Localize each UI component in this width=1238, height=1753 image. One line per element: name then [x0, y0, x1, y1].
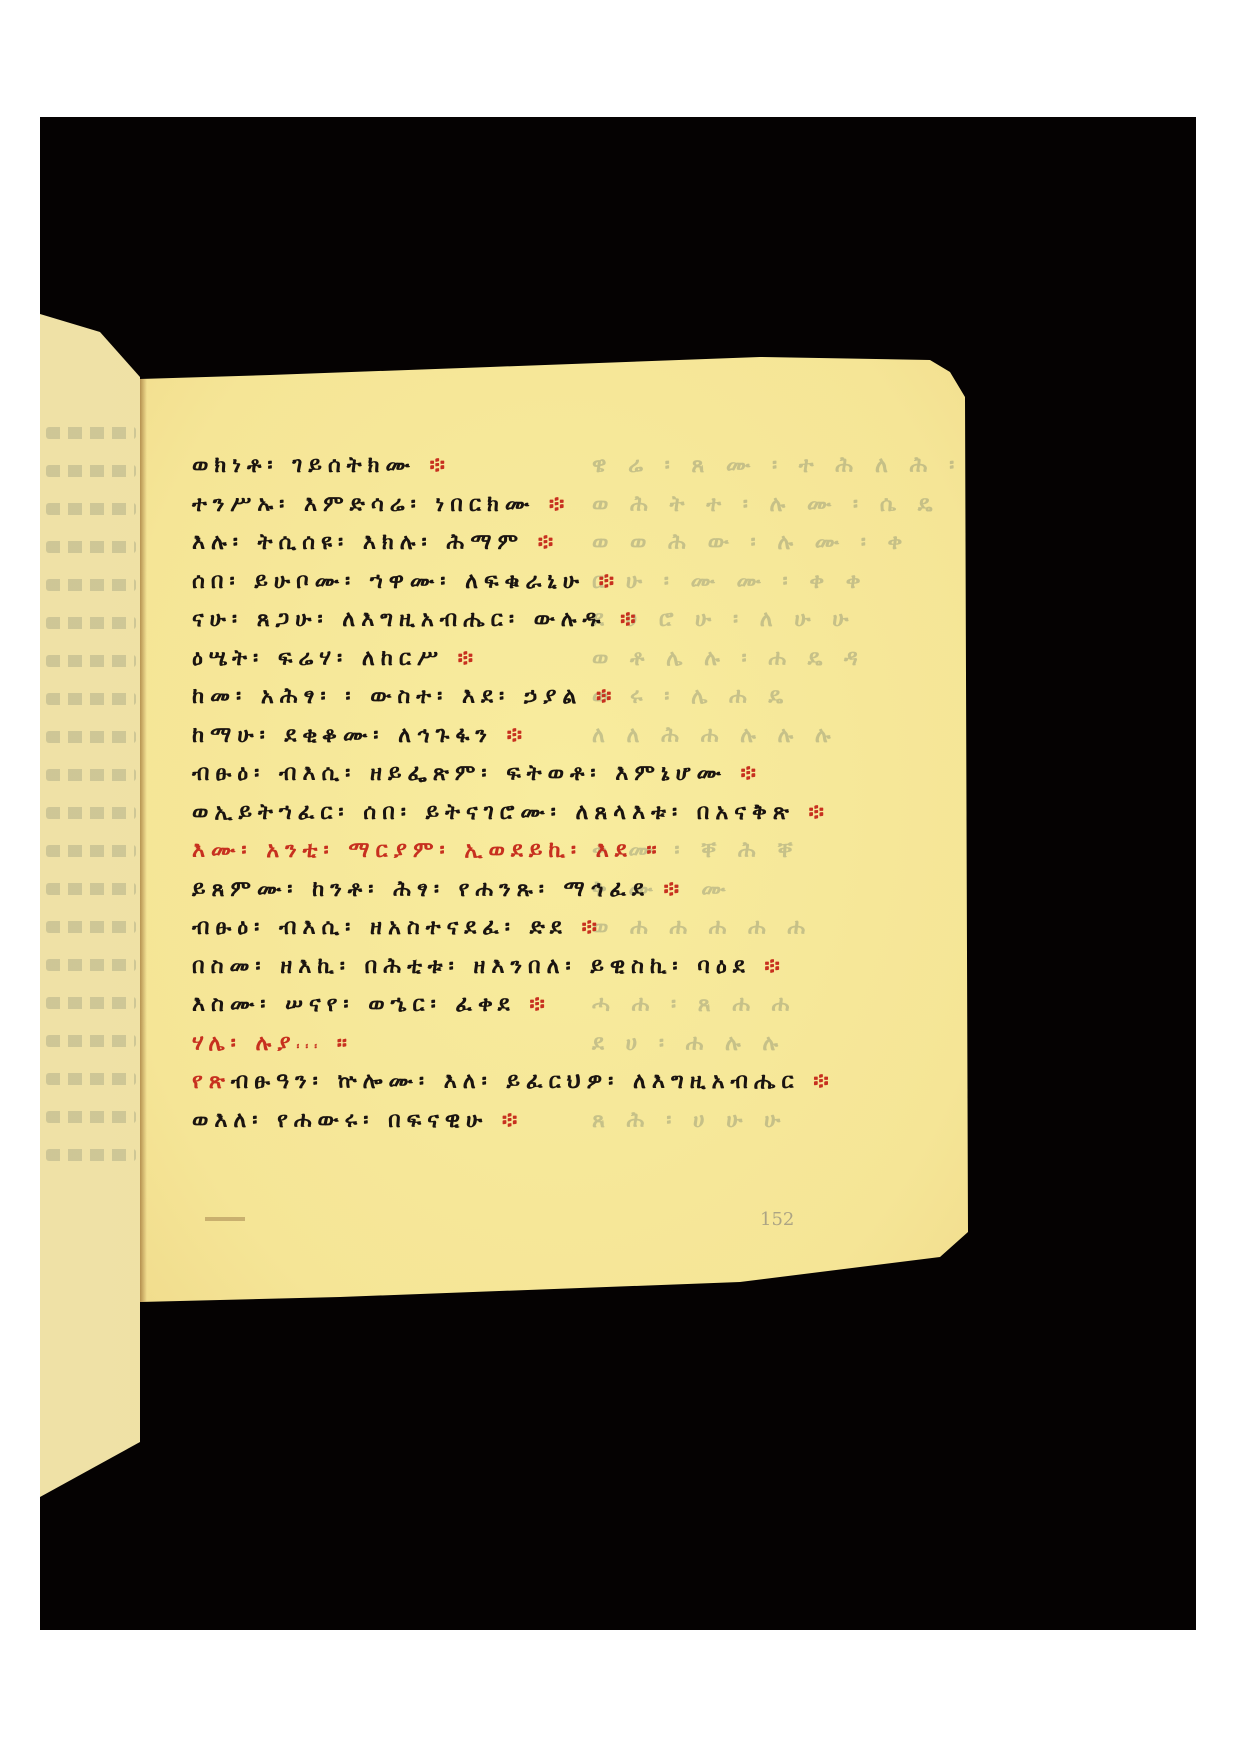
line-text: ወኢይትኀፈር፡ ሰበ፡ ይትናገሮሙ፡ ለጸላእቱ፡ በአናቅጽ	[192, 800, 795, 825]
text-line: ወኢይትኀፈር፡ ሰበ፡ ይትናገሮሙ፡ ለጸላእቱ፡ በአናቅጽ ፨	[192, 794, 952, 833]
verse-end-mark: ፨	[516, 992, 551, 1017]
text-line: ጸ ሕ ፡ ሀ ሁ ሁወእለ፡ የሐውሩ፡ በፍናዊሁ ፨	[192, 1102, 952, 1141]
show-through-text: ወ ቶ ሌ ሉ ፡ ሐ ዴ ዳ	[592, 640, 865, 678]
manuscript-text-block: ዌ ሬ ፡ ጸ ሙ ፡ ተ ሕ ለ ሕ ፡ ወወክነቶ፡ ገይሰትክሙ ፨ወ ሕ…	[192, 447, 952, 1140]
line-text: ዕሤት፡ ፍሬሃ፡ ለከርሥ	[192, 646, 444, 671]
text-line: ደ ሀ ሮ ሁ ፡ ለ ሁ ሁናሁ፡ ጸጋሁ፡ ለእግዚአብሔር፡ ውሉዱ ፨	[192, 601, 952, 640]
line-text: ሰበ፡ ይሁቦሙ፡ ኀዋሙ፡ ለፍቁራኒሁ	[192, 569, 585, 594]
line-text: እሙ፡ አንቲ፡ ማርያም፡ ኢወደይኪ፡ እደ	[192, 838, 633, 863]
verse-end-mark: ፨	[800, 1069, 835, 1094]
text-line: ወ ሩ ፡ ሌ ሐ ዴከመ፡ አሕፃ፡ ፡ ውስተ፡ እደ፡ ኃያል ፨	[192, 678, 952, 717]
red-suffix: ፡፡፡	[297, 1039, 324, 1053]
verse-end-mark: ፨	[568, 915, 603, 940]
verse-end-mark: ።	[323, 1031, 353, 1056]
verse-end-mark: ፨	[535, 492, 570, 517]
text-line: ወ ወ ሕ ው ፡ ሉ ሙ ፡ ቀእሉ፡ ትሲሰዩ፡ እክሉ፡ ሕማም ፨	[192, 524, 952, 563]
left-page-faded-text	[46, 427, 136, 1187]
show-through-text: ወ ወ ሕ ው ፡ ሉ ሙ ፡ ቀ	[592, 524, 909, 562]
text-line: ሓ ሐ ፡ ጸ ሐ ሐእስሙ፡ ሠናየ፡ ወኄር፡ ፈቀደ ፨	[192, 986, 952, 1025]
text-line: በስመ፡ ዘእኪ፡ በሕቲቱ፡ ዘእንበለ፡ ይዊስኪ፡ ባዕደ ፨	[192, 948, 952, 987]
verse-end-mark: ፨	[582, 684, 617, 709]
show-through-text: ደ ሀ ፡ ሐ ሉ ሉ	[592, 1025, 785, 1063]
rubric-line: ደ ሀ ፡ ሐ ሉ ሉሃሌ፡ ሉያ፡፡፡ ።	[192, 1025, 952, 1064]
line-text: ሃሌ፡ ሉያ	[192, 1031, 297, 1056]
verse-end-mark: ፨	[795, 800, 830, 825]
line-text: ይጸምሙ፡ ከንቶ፡ ሕፃ፡ የሐንጹ፡ ማኅፈደ	[192, 877, 650, 902]
verse-end-mark: ፨	[751, 954, 786, 979]
margin-mark	[205, 1217, 245, 1221]
verse-end-mark: ፨	[488, 1108, 523, 1133]
text-line: ወ ሕ ት ተ ፡ ሉ ሙ ፡ ሴ ዴተንሥኡ፡ እምድሳሬ፡ ነበርክሙ ፨	[192, 486, 952, 525]
text-line: ወ ቶ ሌ ሉ ፡ ሐ ዴ ዳዕሤት፡ ፍሬሃ፡ ለከርሥ ፨	[192, 640, 952, 679]
verse-end-mark: ፨	[493, 723, 528, 748]
verse-end-mark: ።	[633, 838, 663, 863]
text-line: ዌ ሬ ፡ ጸ ሙ ፡ ተ ሕ ለ ሕ ፡ ወወክነቶ፡ ገይሰትክሙ ፨	[192, 447, 952, 486]
rubric-line: ቀ ሙ ፡ ቐ ሕ ቐእሙ፡ አንቲ፡ ማርያም፡ ኢወደይኪ፡ እደ ።	[192, 832, 952, 871]
show-through-text: ወ ሐ ሐ ሐ ሐ ሐ	[592, 909, 812, 947]
text-line: ወ ሐ ሐ ሐ ሐ ሐብፁዕ፡ ብእሲ፡ ዘአስተናደፈ፡ ድደ ፨	[192, 909, 952, 948]
text-line: ር ሁ ፡ ሙ ሙ ፡ ቀ ቀሰበ፡ ይሁቦሙ፡ ኀዋሙ፡ ለፍቁራኒሁ ፨	[192, 563, 952, 602]
show-through-text: ሓ ሐ ፡ ጸ ሐ ሐ	[592, 986, 796, 1024]
text-line: ብፁዕ፡ ብእሲ፡ ዘይፌጽም፡ ፍትወቶ፡ እምኔሆሙ ፨	[192, 755, 952, 794]
show-through-text: ለ ለ ሕ ሐ ሉ ሉ ሉ	[592, 717, 838, 755]
line-text: ወክነቶ፡ ገይሰትክሙ	[192, 453, 416, 478]
verse-end-mark: ፨	[524, 530, 559, 555]
line-text: ተንሥኡ፡ እምድሳሬ፡ ነበርክሙ	[192, 492, 535, 517]
line-text: ወእለ፡ የሐውሩ፡ በፍናዊሁ	[192, 1108, 488, 1133]
verse-end-mark: ፨	[727, 761, 762, 786]
stain-mark	[798, 1274, 866, 1314]
line-text: ናሁ፡ ጸጋሁ፡ ለእግዚአብሔር፡ ውሉዱ	[192, 607, 607, 632]
folio-page-number: 152	[760, 1209, 794, 1230]
text-line: ለ ለ ሕ ሐ ሉ ሉ ሉከማሁ፡ ደቂቆሙ፡ ለኅጉፋን ፨	[192, 717, 952, 756]
verse-end-mark: ፨	[416, 453, 451, 478]
show-through-text: ወ ሩ ፡ ሌ ሐ ዴ	[592, 678, 790, 716]
verse-end-mark: ፨	[585, 569, 620, 594]
verse-end-mark: ፨	[444, 646, 479, 671]
line-text: ብፁዕ፡ ብእሲ፡ ዘይፌጽም፡ ፍትወቶ፡ እምኔሆሙ	[192, 761, 727, 786]
right-page: ዌ ሬ ፡ ጸ ሙ ፡ ተ ሕ ለ ሕ ፡ ወወክነቶ፡ ገይሰትክሙ ፨ወ ሕ…	[40, 117, 1196, 1630]
verse-end-mark: ፨	[607, 607, 642, 632]
line-text: በስመ፡ ዘእኪ፡ በሕቲቱ፡ ዘእንበለ፡ ይዊስኪ፡ ባዕደ	[192, 954, 751, 979]
line-text: ብፁዕ፡ ብእሲ፡ ዘአስተናደፈ፡ ድደ	[192, 915, 568, 940]
show-through-text: ዌ ሬ ፡ ጸ ሙ ፡ ተ ሕ ለ ሕ ፡ ወ	[592, 447, 999, 485]
manuscript-photo: ዌ ሬ ፡ ጸ ሙ ፡ ተ ሕ ለ ሕ ፡ ወወክነቶ፡ ገይሰትክሙ ፨ወ ሕ…	[40, 117, 1196, 1630]
red-prefix: የጽ	[192, 1069, 231, 1094]
text-line: የጽብፁዓን፡ ኵሎሙ፡ እለ፡ ይፈርህዎ፡ ለእግዚአብሔር ፨	[192, 1063, 952, 1102]
line-text: ከማሁ፡ ደቂቆሙ፡ ለኅጉፋን	[192, 723, 493, 748]
line-text: ብፁዓን፡ ኵሎሙ፡ እለ፡ ይፈርህዎ፡ ለእግዚአብሔር	[231, 1069, 800, 1094]
show-through-text: ወ ሕ ት ተ ፡ ሉ ሙ ፡ ሴ ዴ	[592, 486, 940, 524]
verse-end-mark: ፨	[650, 877, 685, 902]
show-through-text: ር ሁ ፡ ሙ ሙ ፡ ቀ ቀ	[592, 563, 868, 601]
text-line: ቅ ሙ ፡ ሙይጸምሙ፡ ከንቶ፡ ሕፃ፡ የሐንጹ፡ ማኅፈደ ፨	[192, 871, 952, 910]
line-text: እስሙ፡ ሠናየ፡ ወኄር፡ ፈቀደ	[192, 992, 516, 1017]
show-through-text: ጸ ሕ ፡ ሀ ሁ ሁ	[592, 1102, 787, 1140]
line-text: ከመ፡ አሕፃ፡ ፡ ውስተ፡ እደ፡ ኃያል	[192, 684, 582, 709]
line-text: እሉ፡ ትሲሰዩ፡ እክሉ፡ ሕማም	[192, 530, 524, 555]
